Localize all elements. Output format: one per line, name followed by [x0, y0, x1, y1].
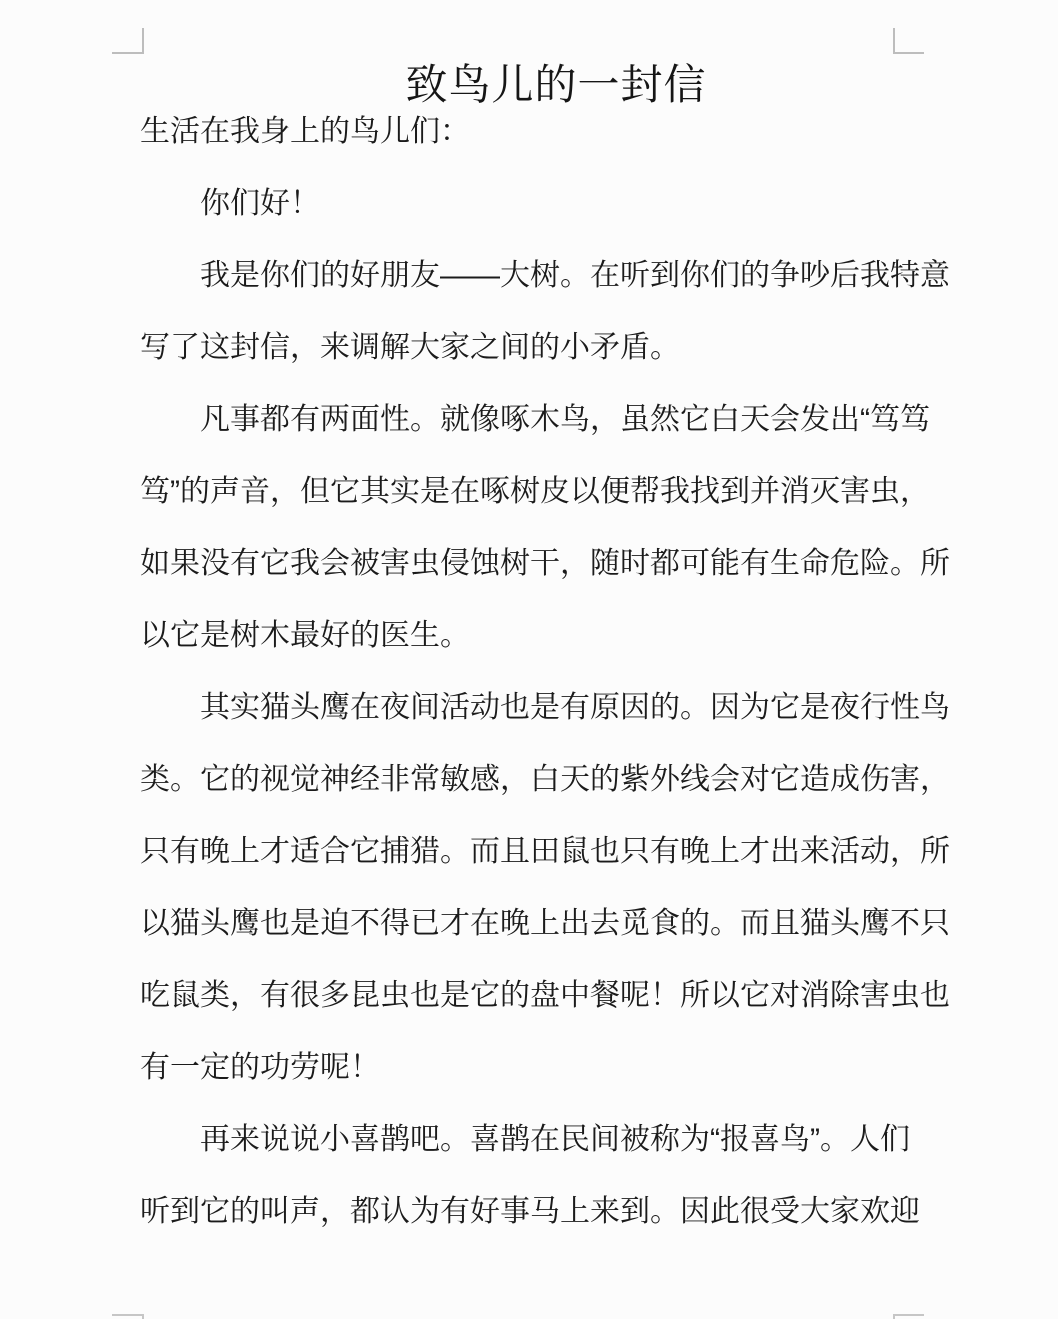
letter-line: 笃”的声音，但它其实是在啄树皮以便帮我找到并消灭害虫，	[140, 456, 930, 528]
letter-line: 类。它的视觉神经非常敏感，白天的紫外线会对它造成伤害，	[140, 744, 930, 816]
letter-line: 凡事都有两面性。就像啄木鸟，虽然它白天会发出“笃笃	[140, 384, 930, 456]
letter-line: 吃鼠类，有很多昆虫也是它的盘中餐呢！所以它对消除害虫也	[140, 960, 930, 1032]
letter-body: 生活在我身上的鸟儿们： 你们好！ 我是你们的好朋友——大树。在听到你们的争吵后我…	[140, 96, 930, 1248]
margin-crop-mark-bottom-left	[112, 1314, 144, 1319]
letter-line: 写了这封信，来调解大家之间的小矛盾。	[140, 312, 930, 384]
margin-crop-mark-top-right	[893, 28, 924, 54]
margin-crop-mark-bottom-right	[893, 1314, 924, 1319]
letter-salutation: 生活在我身上的鸟儿们：	[140, 96, 930, 168]
margin-crop-mark-top-left	[112, 28, 144, 54]
document-page: 致鸟儿的一封信 生活在我身上的鸟儿们： 你们好！ 我是你们的好朋友——大树。在听…	[0, 0, 1058, 1319]
letter-line: 如果没有它我会被害虫侵蚀树干，随时都可能有生命危险。所	[140, 528, 930, 600]
letter-line: 再来说说小喜鹊吧。喜鹊在民间被称为“报喜鸟”。人们	[140, 1104, 930, 1176]
letter-line: 其实猫头鹰在夜间活动也是有原因的。因为它是夜行性鸟	[140, 672, 930, 744]
letter-line: 听到它的叫声，都认为有好事马上来到。因此很受大家欢迎	[140, 1176, 930, 1248]
letter-line: 只有晚上才适合它捕猎。而且田鼠也只有晚上才出来活动，所	[140, 816, 930, 888]
letter-line: 我是你们的好朋友——大树。在听到你们的争吵后我特意	[140, 240, 930, 312]
letter-line: 有一定的功劳呢！	[140, 1032, 930, 1104]
letter-line: 你们好！	[140, 168, 930, 240]
letter-line: 以猫头鹰也是迫不得已才在晚上出去觅食的。而且猫头鹰不只	[140, 888, 930, 960]
letter-line: 以它是树木最好的医生。	[140, 600, 930, 672]
